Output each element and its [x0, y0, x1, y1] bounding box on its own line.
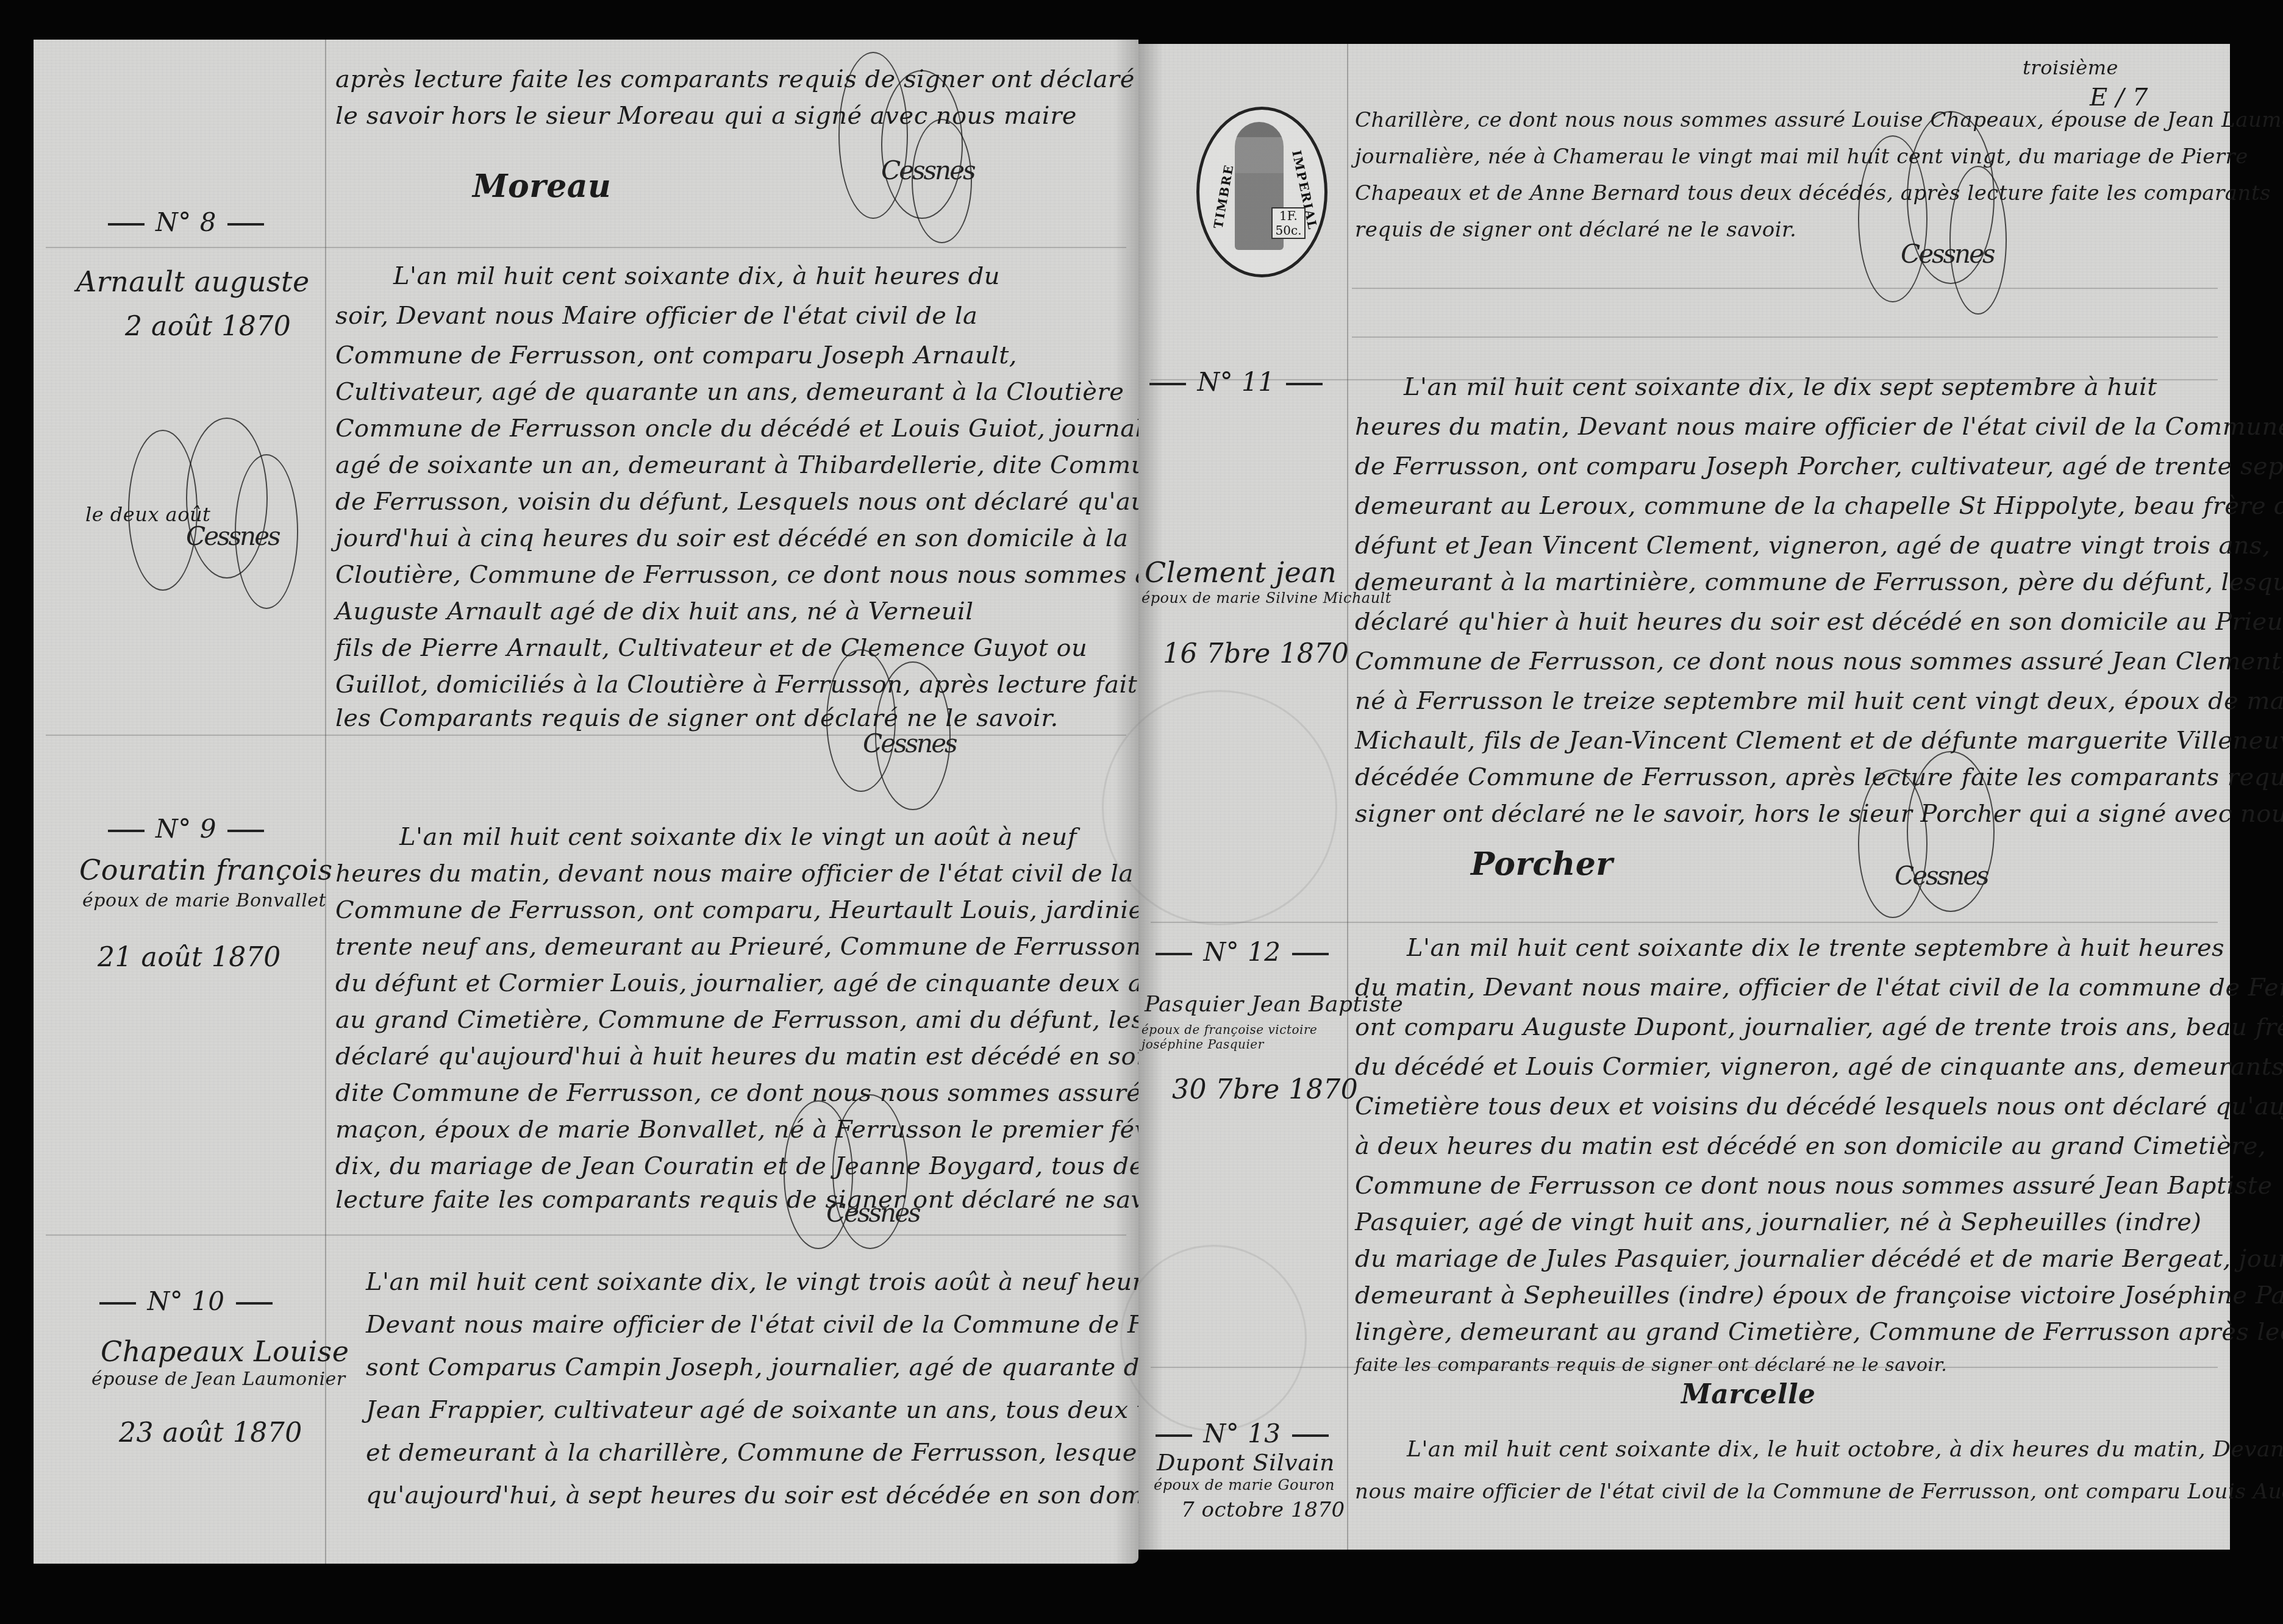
body-line: lingère, demeurant au grand Cimetière, C… [1355, 1318, 2283, 1346]
ruled-line [46, 247, 1126, 248]
entry-number-label: N° 12 [1203, 937, 1281, 967]
continuation-line: Charillère, ce dont nous nous sommes ass… [1355, 108, 2283, 132]
deceased-name: Arnault auguste [76, 265, 310, 298]
stamp-value: 1F. 50c. [1271, 207, 1306, 239]
body-line: Cloutière, Commune de Ferrusson, ce dont… [335, 561, 1231, 589]
body-line: jourd'hui à cinq heures du soir est décé… [335, 524, 1128, 552]
right-page: troisième E / 7 TIMBRE IMPERIAL 1F. 50c.… [1138, 44, 2230, 1550]
entry-number-label: N° 10 [147, 1286, 224, 1316]
body-line: soir, Devant nous Maire officier de l'ét… [335, 302, 977, 330]
body-line: déclaré qu'hier à huit heures du soir es… [1355, 608, 2283, 636]
body-line: heures du matin, devant nous maire offic… [335, 860, 1134, 888]
body-line: défunt et Jean Vincent Clement, vigneron… [1355, 532, 2270, 560]
paraphe-label: Cessnes [1895, 861, 1988, 891]
paraphe-label: Cessnes [1901, 239, 1994, 269]
spouse-line: épouse de Jean Laumonier [91, 1369, 346, 1390]
entry-number-label: N° 11 [1197, 367, 1274, 397]
body-line: Cimetière tous deux et voisins du décédé… [1355, 1092, 2283, 1120]
continuation-line: requis de signer ont déclaré ne le savoi… [1355, 218, 1796, 242]
body-line: signer ont déclaré ne le savoir, hors le… [1355, 800, 2283, 828]
entry-number: N° 10 [70, 1286, 302, 1316]
entry-number: N° 9 [70, 814, 302, 844]
paraphe-label: Cessnes [863, 728, 956, 758]
dash [236, 1302, 273, 1305]
body-line: L'an mil huit cent soixante dix le trent… [1407, 934, 2224, 962]
dash [1292, 1434, 1329, 1437]
deceased-name: Dupont Silvain [1157, 1449, 1335, 1476]
body-line: lecture faite les comparants requis de s… [335, 1186, 1180, 1214]
ruled-line [46, 1234, 1126, 1236]
body-line: demeurant au Leroux, commune de la chape… [1355, 492, 2283, 520]
paraphe-label: Cessnes [826, 1198, 920, 1228]
body-line: Cultivateur, agé de quarante un ans, dem… [335, 378, 1124, 406]
faded-seal-stamp [1120, 1245, 1307, 1431]
timbre-imperial-stamp: TIMBRE IMPERIAL 1F. 50c. [1196, 107, 1327, 277]
dash [1292, 953, 1329, 955]
continuation-line: journalière, née à Chamerau le vingt mai… [1355, 144, 2248, 169]
body-line: L'an mil huit cent soixante dix le vingt… [399, 823, 1077, 851]
continuation-line: après lecture faite les comparants requi… [335, 65, 1174, 93]
dash [1149, 383, 1186, 385]
body-line: Commune de Ferrusson, ce dont nous nous … [1355, 647, 2283, 675]
dash [1156, 1434, 1192, 1437]
entry-date: 23 août 1870 [119, 1417, 302, 1448]
body-line: de Ferrusson, ont comparu Joseph Porcher… [1355, 452, 2283, 480]
body-line: L'an mil huit cent soixante dix, à huit … [393, 262, 1000, 290]
body-line: ont comparu Auguste Dupont, journalier, … [1355, 1013, 2283, 1041]
body-line: heures du matin, Devant nous maire offic… [1355, 413, 2283, 441]
dash [227, 830, 264, 832]
deceased-name: Clement jean [1145, 556, 1337, 589]
entry-number: N° 12 [1132, 937, 1352, 967]
dash [99, 1302, 136, 1305]
corner-annotation: troisième [2023, 56, 2118, 79]
deceased-name: Couratin françois [79, 853, 333, 886]
spouse-line: époux de marie Silvine Michault [1141, 589, 1392, 607]
continuation-line: Chapeaux et de Anne Bernard tous deux dé… [1355, 181, 2271, 205]
entry-number-label: N° 13 [1203, 1419, 1281, 1448]
body-line: qu'aujourd'hui, à sept heures du soir es… [366, 1481, 1251, 1509]
body-line: Auguste Arnault agé de dix huit ans, né … [335, 597, 974, 625]
body-line: Guillot, domiciliés à la Cloutière à Fer… [335, 671, 1152, 699]
body-line: à deux heures du matin est décédé en son… [1355, 1132, 2266, 1160]
body-line: Commune de Ferrusson, ont comparu, Heurt… [335, 896, 1252, 924]
left-page: après lecture faite les comparants requi… [34, 40, 1138, 1564]
body-line: L'an mil huit cent soixante dix, le dix … [1404, 373, 2157, 401]
ruled-line [1352, 288, 2218, 289]
entry-date: 30 7bre 1870 [1172, 1074, 1358, 1105]
entry-date: 21 août 1870 [98, 942, 281, 973]
entry-number-label: N° 8 [155, 207, 216, 237]
spouse-line: époux de marie Gouron [1154, 1476, 1335, 1494]
stamp-left-text: TIMBRE [1210, 163, 1236, 230]
body-line: décédée Commune de Ferrusson, après lect… [1355, 763, 2283, 791]
body-line: Pasquier, agé de vingt huit ans, journal… [1355, 1208, 2201, 1236]
margin-rule [1347, 44, 1348, 1550]
dash [108, 830, 145, 832]
body-line: du matin, Devant nous maire, officier de… [1355, 974, 2283, 1002]
body-line: demeurant à Sepheuilles (indre) époux de… [1355, 1281, 2283, 1309]
body-line: de Ferrusson, voisin du défunt, Lesquels… [335, 488, 1147, 516]
body-line: Michault, fils de Jean-Vincent Clement e… [1355, 727, 2283, 755]
ruled-line [1352, 337, 2218, 338]
body-line: du décédé et Louis Cormier, vigneron, ag… [1355, 1053, 2283, 1081]
witness-signature: Porcher [1471, 846, 1613, 883]
body-line: nous maire officier de l'état civil de l… [1355, 1480, 2283, 1504]
body-line: Commune de Ferrusson, ont comparu Joseph… [335, 341, 1017, 369]
entry-number: N° 11 [1120, 367, 1352, 397]
entry-date: 16 7bre 1870 [1163, 638, 1349, 669]
dash [1156, 953, 1192, 955]
dash [227, 223, 264, 226]
paraphe-label: Cessnes [881, 155, 974, 185]
continuation-line: le savoir hors le sieur Moreau qui a sig… [335, 102, 1077, 130]
spouse-line: époux de marie Bonvallet [82, 890, 326, 911]
body-line: fils de Pierre Arnault, Cultivateur et d… [335, 634, 1087, 662]
entry-number-label: N° 9 [155, 814, 216, 844]
dash [1286, 383, 1323, 385]
spouse-line: époux de françoise victoire joséphine Pa… [1141, 1022, 1343, 1052]
entry-number: N° 8 [70, 207, 302, 237]
body-line: Commune de Ferrusson oncle du décédé et … [335, 415, 1178, 443]
stamp-value-centimes: 50c. [1273, 223, 1304, 238]
body-line: Commune de Ferrusson ce dont nous nous s… [1355, 1172, 2273, 1200]
stamp-value-francs: 1F. [1273, 208, 1304, 223]
entry-date: 2 août 1870 [125, 311, 291, 342]
body-line: L'an mil huit cent soixante dix, le huit… [1407, 1437, 2283, 1462]
ruled-line [1151, 922, 2218, 923]
body-line: du mariage de Jules Pasquier, journalier… [1355, 1245, 2283, 1273]
body-line: agé de soixante un an, demeurant à Thiba… [335, 451, 1177, 479]
body-line: trente neuf ans, demeurant au Prieuré, C… [335, 933, 1247, 961]
body-line: né à Ferrusson le treize septembre mil h… [1355, 687, 2283, 715]
witness-signature: Moreau [473, 168, 611, 205]
dash [108, 223, 145, 226]
body-line: faite les comparants requis de signer on… [1355, 1355, 1947, 1376]
body-line: L'an mil huit cent soixante dix, le ving… [366, 1268, 1212, 1296]
entry-number: N° 13 [1132, 1419, 1352, 1448]
body-line: sont Comparus Campin Joseph, journalier,… [366, 1353, 1213, 1381]
body-line: demeurant à la martinière, commune de Fe… [1355, 568, 2283, 596]
entry-date: 7 octobre 1870 [1181, 1498, 1345, 1522]
deceased-name: Chapeaux Louise [101, 1335, 349, 1368]
faded-seal-stamp [1102, 690, 1337, 925]
paraphe-label: Cessnes [186, 521, 279, 551]
ruled-line [46, 735, 1126, 736]
witness-signature: Marcelle [1681, 1379, 1816, 1410]
